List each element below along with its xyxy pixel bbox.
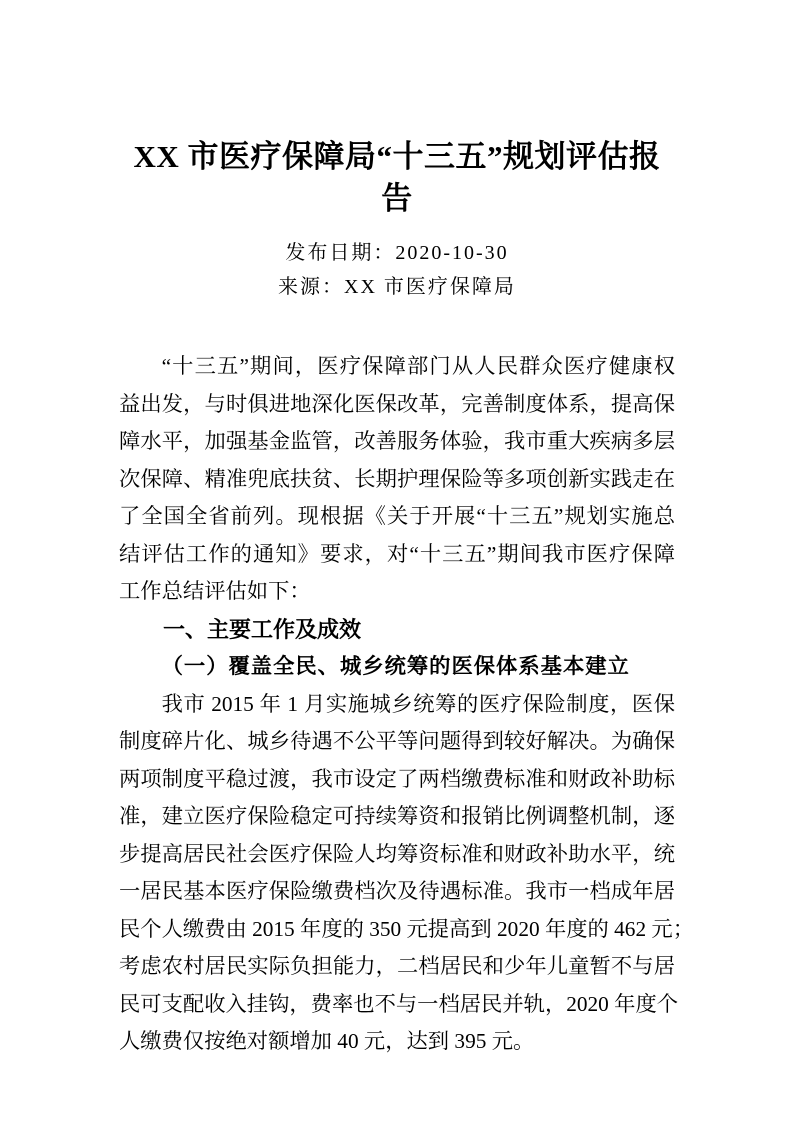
text-line: 了全国全省前列。现根据《关于开展“十三五”规划实施总 — [119, 498, 675, 536]
text-line: 一居民基本医疗保险缴费档次及待遇标准。我市一档成年居 — [119, 873, 675, 911]
text-line: 益出发，与时俱进地深化医保改革，完善制度体系，提高保 — [119, 386, 675, 424]
text-line: 制度碎片化、城乡待遇不公平等问题得到较好解决。为确保 — [119, 723, 675, 761]
text-line: 考虑农村居民实际负担能力，二档居民和少年儿童暂不与居 — [119, 948, 675, 986]
intro-paragraph: “十三五”期间，医疗保障部门从人民群众医疗健康权 益出发，与时俱进地深化医保改革… — [119, 348, 675, 611]
document-page: XX 市医疗保障局“十三五”规划评估报告 发布日期：2020-10-30 来源：… — [0, 0, 793, 1122]
section-heading-1-1: （一）覆盖全民、城乡统筹的医保体系基本建立 — [119, 648, 675, 686]
text-line: “十三五”期间，医疗保障部门从人民群众医疗健康权 — [119, 348, 675, 386]
source-line: 来源：XX 市医疗保障局 — [119, 270, 675, 304]
page-title: XX 市医疗保障局“十三五”规划评估报告 — [119, 136, 675, 220]
section-heading-1: 一、主要工作及成效 — [119, 611, 675, 649]
text-line: 我市 2015 年 1 月实施城乡统筹的医疗保险制度，医保 — [119, 686, 675, 724]
text-line: 准，建立医疗保险稳定可持续筹资和报销比例调整机制，逐 — [119, 798, 675, 836]
text-line: 民个人缴费由 2015 年度的 350 元提高到 2020 年度的 462 元； — [119, 911, 675, 949]
text-line: 民可支配收入挂钩，费率也不与一档居民并轨，2020 年度个 — [119, 986, 675, 1024]
text-line: 人缴费仅按绝对额增加 40 元，达到 395 元。 — [119, 1023, 675, 1061]
document-body: “十三五”期间，医疗保障部门从人民群众医疗健康权 益出发，与时俱进地深化医保改革… — [119, 348, 675, 1061]
text-line: 障水平，加强基金监管，改善服务体验，我市重大疾病多层 — [119, 423, 675, 461]
text-line: 结评估工作的通知》要求，对“十三五”期间我市医疗保障 — [119, 536, 675, 574]
text-line: 两项制度平稳过渡，我市设定了两档缴费标准和财政补助标 — [119, 761, 675, 799]
text-line: 次保障、精准兜底扶贫、长期护理保险等多项创新实践走在 — [119, 461, 675, 499]
document-content: XX 市医疗保障局“十三五”规划评估报告 发布日期：2020-10-30 来源：… — [119, 0, 675, 1061]
paragraph-1: 我市 2015 年 1 月实施城乡统筹的医疗保险制度，医保 制度碎片化、城乡待遇… — [119, 686, 675, 1061]
text-line: 工作总结评估如下： — [119, 573, 675, 611]
text-line: 步提高居民社会医疗保险人均筹资标准和财政补助水平，统 — [119, 836, 675, 874]
publish-date: 发布日期：2020-10-30 — [119, 236, 675, 270]
